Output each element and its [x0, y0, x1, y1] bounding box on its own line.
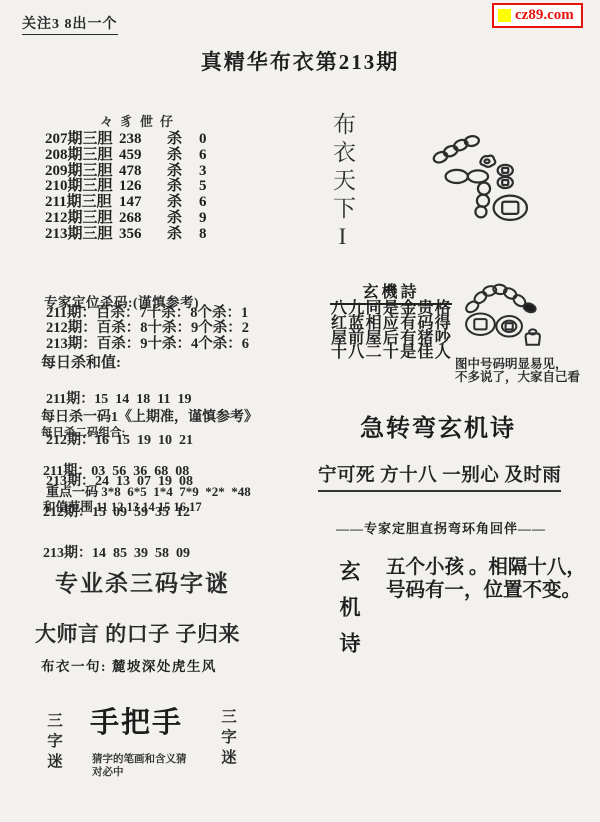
kill-label: 杀: [167, 195, 197, 211]
kill-label: 杀: [167, 148, 197, 164]
table-row: 212期三胆 268 杀 9: [45, 211, 207, 227]
daily-one-code: 每日杀一码1《上期准，谨慎参考》: [41, 406, 258, 426]
three-char-hint: 猜字的笔画和含义猜 对必中: [92, 754, 187, 779]
issue-cell: 212期三胆: [45, 211, 119, 227]
mystery-poem-lines: 八九同是金贵格 红蓝相应有码得 屋前屋后有猪吵 十八二十是佳人: [331, 302, 452, 361]
sum-range: 和值范围 11 12 13 14 15 16 17: [43, 497, 202, 515]
beads-illustration-2: [462, 283, 544, 347]
kill-cell: 5: [199, 179, 207, 195]
mystery2-vertical-title: 玄机诗: [334, 560, 364, 668]
poem-line: 五个小孩 。相隔十八，: [386, 556, 586, 579]
kill-label: 杀: [167, 132, 197, 148]
value-cell: 459: [119, 148, 157, 164]
caption-line: 不多说了，大家自己看: [455, 371, 580, 384]
three-char-answer: 手把手: [90, 700, 183, 741]
history-header: 々豸伳仔: [100, 111, 180, 130]
history-table: 207期三胆 238 杀 0 208期三胆 459 杀 6 209期三胆 478…: [45, 132, 207, 243]
kill-cell: 9: [199, 211, 207, 227]
sharp-turn-title: 急转弯玄机诗: [360, 408, 516, 443]
sharp-turn-line: 宁可死 方十八 一别心 及时雨: [318, 461, 561, 492]
table-row: 208期三胆 459 杀 6: [45, 148, 207, 164]
value-cell: 126: [119, 179, 157, 195]
value-cell: 478: [119, 164, 157, 180]
table-row: 213期三胆 356 杀 8: [45, 227, 207, 243]
figure-caption: 图中号码明显易见， 不多说了，大家自己看: [455, 358, 580, 384]
issue-cell: 208期三胆: [45, 148, 119, 164]
page-title: 真精华布衣第213期: [0, 46, 600, 76]
three-char-label-right: 三字迷: [216, 708, 238, 770]
value-cell: 238: [119, 132, 157, 148]
issue-cell: 210期三胆: [45, 179, 119, 195]
issue-cell: 211期三胆: [45, 195, 119, 211]
lottery-sheet: 关注3 8出一个 cz89.com 真精华布衣第213期 々豸伳仔 207期三胆…: [0, 0, 600, 822]
table-row: 210期三胆 126 杀 5: [45, 179, 207, 195]
site-badge[interactable]: cz89.com: [492, 3, 583, 28]
poem-line: 号码有一，位置不变。: [386, 579, 586, 602]
kill-cell: 6: [199, 195, 207, 211]
position-kill-rows: 211期：百杀：7十杀：8个杀：1 212期：百杀：8十杀：9个杀：2 213期…: [46, 306, 249, 352]
kill-cell: 3: [199, 164, 207, 180]
table-row: 211期三胆 147 杀 6: [45, 195, 207, 211]
list-item: 213期：百杀：9十杀：4个杀：6: [46, 337, 249, 352]
yellow-square-icon: [498, 9, 511, 22]
top-note: 关注3 8出一个: [22, 13, 118, 35]
hint-line: 对必中: [92, 767, 187, 780]
list-item: 212期：百杀：8十杀：9个杀：2: [46, 321, 249, 336]
hint-line: 猜字的笔画和含义猜: [92, 754, 187, 767]
poem-line: 十八二十是佳人: [331, 346, 452, 361]
list-item: 211期：03 56 36 68 08: [43, 465, 190, 479]
beads-illustration-1: [428, 134, 540, 230]
value-cell: 268: [119, 211, 157, 227]
kill-cell: 8: [199, 227, 207, 243]
buyi-sentence: 布衣一句: 麓坡深处虎生风: [41, 655, 217, 675]
kill-three-title: 专业杀三码字谜: [55, 565, 230, 598]
kill-label: 杀: [167, 179, 197, 195]
list-item: 213期：14 85 39 58 09: [43, 547, 190, 561]
list-item: 211期：百杀：7十杀：8个杀：1: [46, 306, 249, 321]
kill-label: 杀: [167, 211, 197, 227]
site-badge-label: cz89.com: [515, 7, 574, 24]
kill-label: 杀: [167, 227, 197, 243]
expert-banner: ——专家定胆直拐弯环角回伴——: [336, 518, 546, 537]
kill-cell: 0: [199, 132, 207, 148]
value-cell: 147: [119, 195, 157, 211]
mystery2-text: 五个小孩 。相隔十八， 号码有一，位置不变。: [386, 556, 586, 602]
three-char-label-left: 三字迷: [42, 712, 64, 774]
kill-cell: 6: [199, 148, 207, 164]
issue-cell: 207期三胆: [45, 132, 119, 148]
table-row: 207期三胆 238 杀 0: [45, 132, 207, 148]
list-item: 211期：15 14 18 11 19: [46, 393, 193, 407]
kill-three-riddle: 大师言 的口子 子归来: [35, 618, 240, 648]
buyi-world-vertical-title: 布衣天下I: [326, 112, 359, 254]
value-cell: 356: [119, 227, 157, 243]
issue-cell: 213期三胆: [45, 227, 119, 243]
